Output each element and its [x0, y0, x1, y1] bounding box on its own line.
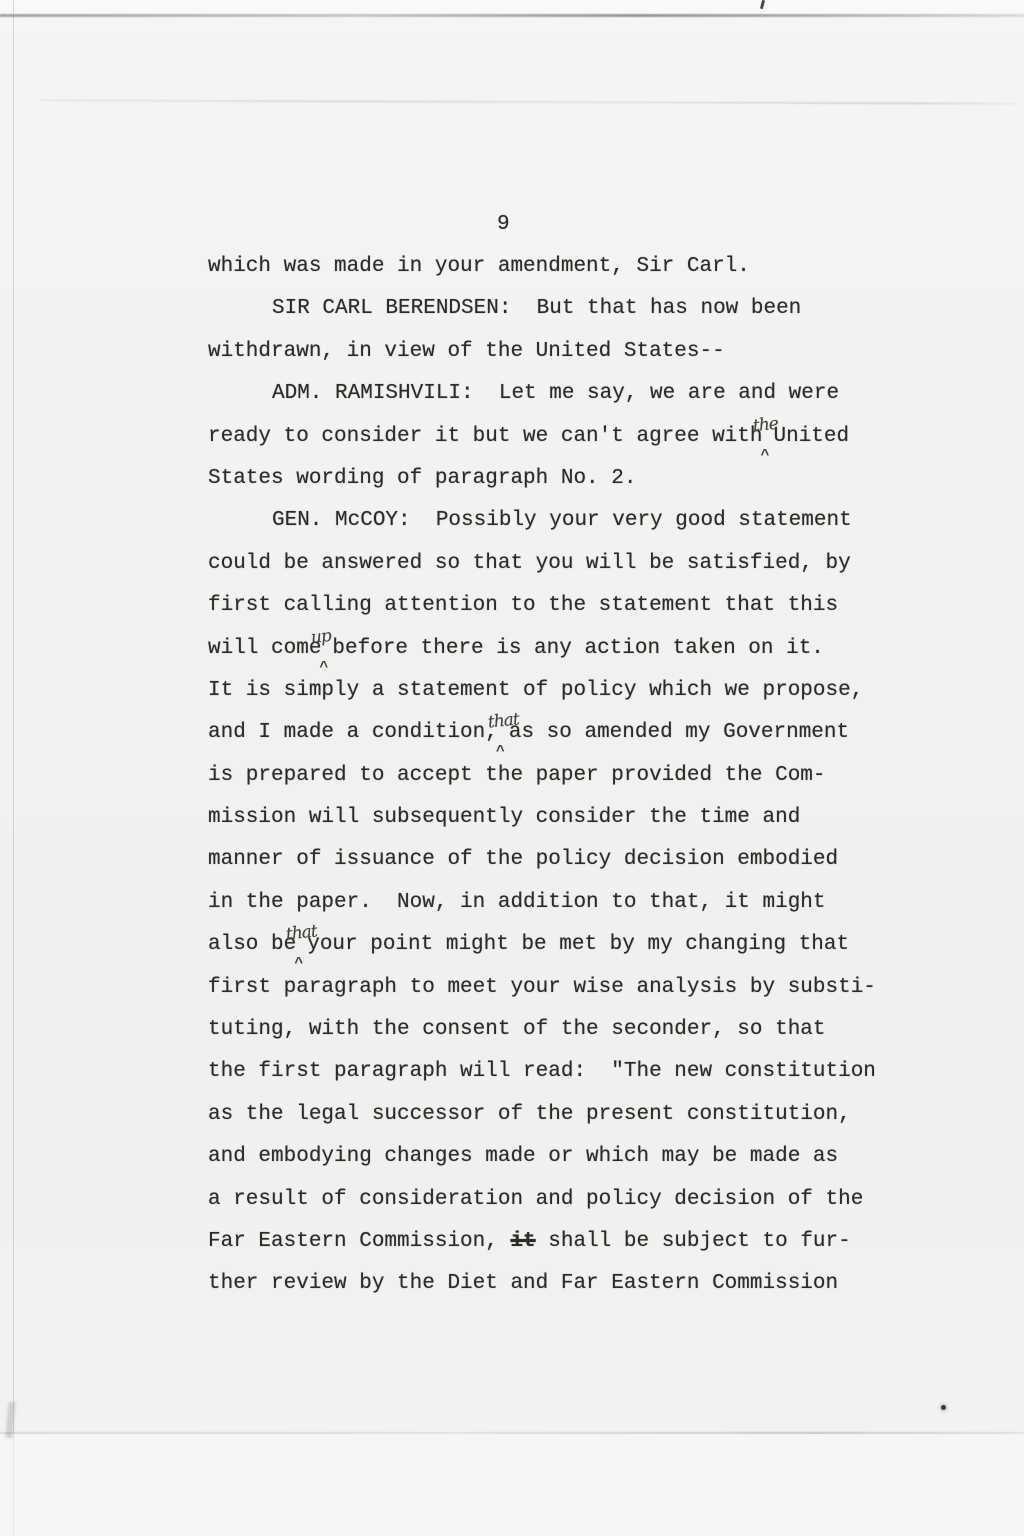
document-line: tuting, with the consent of the seconder…: [208, 1009, 876, 1051]
document-line: also bethat^your point might be met by m…: [208, 924, 876, 966]
typed-text: It is simply a statement of policy which…: [208, 679, 863, 702]
handwritten-insertion: that^: [498, 736, 509, 737]
handwritten-insertion: the^: [763, 440, 774, 441]
document-line: withdrawn, in view of the United States-…: [208, 331, 876, 373]
caret-insertion-mark: ^: [761, 448, 770, 463]
typed-text: SIR CARL BERENDSEN: But that has now bee…: [272, 297, 801, 320]
typed-text: which was made in your amendment, Sir Ca…: [208, 255, 750, 278]
document-line: ADM. RAMISHVILI: Let me say, we are and …: [208, 373, 876, 415]
handwritten-word: that: [487, 712, 519, 732]
page-number: 9: [497, 213, 510, 236]
typed-text: ADM. RAMISHVILI: Let me say, we are and …: [272, 382, 839, 405]
handwritten-insertion: up^: [321, 652, 332, 653]
typed-text: first calling attention to the statement…: [208, 594, 838, 617]
paper-crease-line: [40, 99, 1015, 104]
typed-text: shall be subject to fur-: [536, 1230, 851, 1253]
typed-text: ready to consider it but we can't agree …: [208, 425, 763, 448]
struck-text: it: [510, 1230, 535, 1253]
paper-top-band: [0, 0, 1024, 14]
typed-text: as so amended my Government: [509, 721, 849, 744]
document-line: ther review by the Diet and Far Eastern …: [208, 1263, 876, 1305]
document-line: Far Eastern Commission, it shall be subj…: [208, 1221, 876, 1263]
typed-text: United: [774, 425, 850, 448]
caret-insertion-mark: ^: [319, 660, 328, 675]
typed-text: and I made a condition,: [208, 721, 498, 744]
typed-text: manner of issuance of the policy decisio…: [208, 848, 838, 871]
document-line: in the paper. Now, in addition to that, …: [208, 882, 876, 924]
typed-text: as the legal successor of the present co…: [208, 1103, 851, 1126]
scan-top-edge-line: [0, 14, 1024, 17]
document-line: manner of issuance of the policy decisio…: [208, 839, 876, 881]
document-line: first calling attention to the statement…: [208, 585, 876, 627]
caret-insertion-mark: ^: [496, 744, 505, 759]
document-line: which was made in your amendment, Sir Ca…: [208, 246, 876, 288]
typed-text: will come: [208, 637, 321, 660]
typed-text: first paragraph to meet your wise analys…: [208, 976, 876, 999]
typed-text: States wording of paragraph No. 2.: [208, 467, 636, 490]
document-line: and I made a condition,that^as so amende…: [208, 712, 876, 754]
paper-left-edge-line: [13, 0, 14, 1536]
typed-text: also be: [208, 933, 296, 956]
document-line: ready to consider it but we can't agree …: [208, 416, 876, 458]
typed-text: GEN. McCOY: Possibly your very good stat…: [272, 509, 852, 532]
handwritten-word: the: [752, 415, 778, 435]
ink-dot-mark: [941, 1405, 946, 1410]
document-line: GEN. McCOY: Possibly your very good stat…: [208, 500, 876, 542]
document-line: first paragraph to meet your wise analys…: [208, 967, 876, 1009]
paper-bottom-band: [0, 1434, 1024, 1536]
caret-insertion-mark: ^: [294, 956, 303, 971]
document-line: as the legal successor of the present co…: [208, 1094, 876, 1136]
typed-text: Far Eastern Commission,: [208, 1230, 510, 1253]
typed-text: before there is any action taken on it.: [332, 637, 823, 660]
handwritten-word: up: [311, 628, 333, 647]
typed-text: tuting, with the consent of the seconder…: [208, 1018, 826, 1041]
handwritten-word: that: [285, 924, 317, 944]
typed-text: a result of consideration and policy dec…: [208, 1188, 863, 1211]
document-line: It is simply a statement of policy which…: [208, 670, 876, 712]
typed-text: is prepared to accept the paper provided…: [208, 764, 826, 787]
document-line: could be answered so that you will be sa…: [208, 543, 876, 585]
handwritten-insertion: that^: [296, 948, 307, 949]
document-line: and embodying changes made or which may …: [208, 1136, 876, 1178]
typed-text: the first paragraph will read: "The new …: [208, 1060, 876, 1083]
typed-text: mission will subsequently consider the t…: [208, 806, 800, 829]
document-line: is prepared to accept the paper provided…: [208, 755, 876, 797]
typed-text: and embodying changes made or which may …: [208, 1145, 838, 1168]
typed-text: in the paper. Now, in addition to that, …: [208, 891, 826, 914]
document-line: the first paragraph will read: "The new …: [208, 1051, 876, 1093]
typed-text: your point might be met by my changing t…: [307, 933, 849, 956]
document-line: SIR CARL BERENDSEN: But that has now bee…: [208, 288, 876, 330]
typed-text: could be answered so that you will be sa…: [208, 552, 851, 575]
scanned-document-page: 9 which was made in your amendment, Sir …: [0, 0, 1024, 1536]
document-line: States wording of paragraph No. 2.: [208, 458, 876, 500]
typed-text: withdrawn, in view of the United States-…: [208, 340, 725, 363]
typed-text: ther review by the Diet and Far Eastern …: [208, 1272, 838, 1295]
text-lines: which was made in your amendment, Sir Ca…: [208, 246, 876, 1306]
document-line: mission will subsequently consider the t…: [208, 797, 876, 839]
document-line: will comeup^before there is any action t…: [208, 628, 876, 670]
document-line: a result of consideration and policy dec…: [208, 1179, 876, 1221]
